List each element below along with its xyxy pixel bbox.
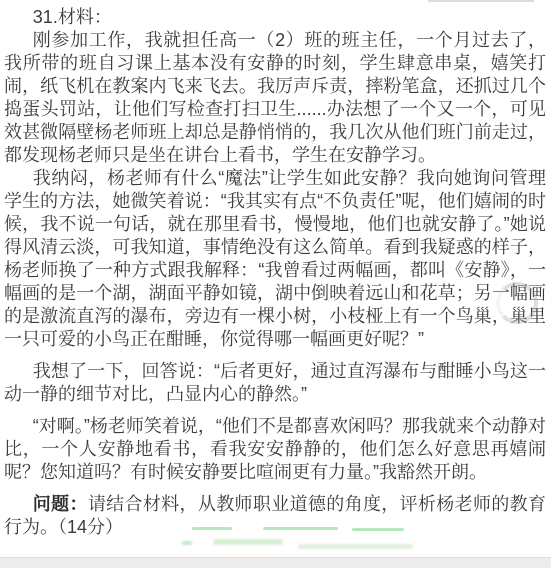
material-paragraph-1: 刚参加工作，我就担任高一（2）班的班主任，一个月过去了，我所带的班自习课上基本没…: [4, 29, 546, 167]
material-text-block: 31.材料： 刚参加工作，我就担任高一（2）班的班主任，一个月过去了，我所带的班…: [0, 0, 551, 539]
question-paragraph: 问题：请结合材料，从教师职业道德的角度，评析杨老师的教育行为。（14分）: [4, 493, 546, 539]
green-smudge-mark-3: [298, 544, 413, 549]
material-paragraph-3: 我想了一下，回答说：“后者更好，通过直泻瀑布与酣睡小鸟这一动一静的细节对比，凸显…: [4, 360, 546, 406]
green-smudge-mark-2: [213, 539, 283, 545]
question-label: 问题：: [33, 494, 88, 514]
page-bottom-strip: [0, 557, 551, 568]
material-paragraph-4: “对啊。”杨老师笑着说，“他们不是都喜欢闲吗？那我就来个动静对比，一个人安静地看…: [4, 415, 546, 484]
material-paragraph-2: 我纳闷，杨老师有什么“魔法”让学生如此安静？我向她询问管理学生的方法，她微笑着说…: [4, 167, 546, 351]
exam-material-document: 31.材料： 刚参加工作，我就担任高一（2）班的班主任，一个月过去了，我所带的班…: [0, 0, 551, 568]
material-heading: 31.材料：: [4, 6, 546, 29]
green-smudge-mark-1: [182, 541, 192, 545]
